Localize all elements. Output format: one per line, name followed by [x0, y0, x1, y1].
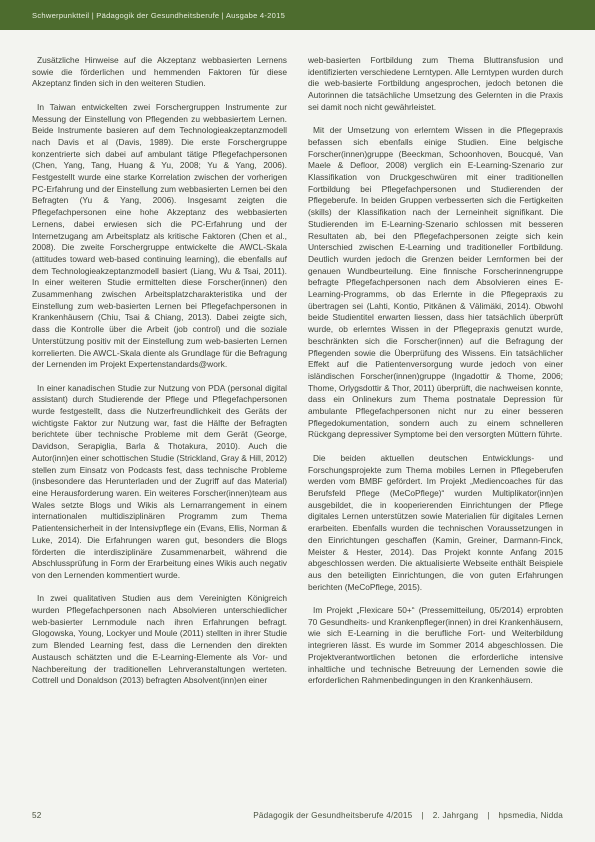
paragraph: Im Projekt „Flexicare 50+“ (Pressemittei… [308, 605, 563, 687]
paragraph: In einer kanadischen Studie zur Nutzung … [32, 383, 287, 582]
left-column: Zusätzliche Hinweise auf die Akzeptanz w… [32, 55, 287, 797]
paragraph: Mit der Umsetzung von erlerntem Wissen i… [308, 125, 563, 441]
paragraph: web-basierten Fortbildung zum Thema Blut… [308, 55, 563, 114]
footer-journal-line: Pädagogik der Gesundheitsberufe 4/2015 |… [253, 811, 563, 820]
journal-page: { "colors": { "header_bg": "#4d6c2e", "p… [0, 0, 595, 842]
paragraph: In zwei qualitativen Studien aus dem Ver… [32, 593, 287, 687]
footer-separator: | [487, 811, 489, 820]
paragraph: In Taiwan entwickelten zwei Forschergrup… [32, 102, 287, 371]
right-column: web-basierten Fortbildung zum Thema Blut… [308, 55, 563, 797]
running-header-text: Schwerpunktteil | Pädagogik der Gesundhe… [0, 11, 285, 20]
paragraph: Zusätzliche Hinweise auf die Akzeptanz w… [32, 55, 287, 90]
footer-journal-title: Pädagogik der Gesundheitsberufe 4/2015 [253, 811, 412, 820]
running-header-bar: Schwerpunktteil | Pädagogik der Gesundhe… [0, 0, 595, 30]
footer-separator: | [421, 811, 423, 820]
page-footer: 52 Pädagogik der Gesundheitsberufe 4/201… [32, 811, 563, 820]
paragraph: Die beiden aktuellen deutschen Entwicklu… [308, 453, 563, 593]
footer-volume: 2. Jahrgang [433, 811, 478, 820]
page-number: 52 [32, 811, 42, 820]
footer-publisher: hpsmedia, Nidda [499, 811, 563, 820]
article-body: Zusätzliche Hinweise auf die Akzeptanz w… [32, 55, 563, 797]
